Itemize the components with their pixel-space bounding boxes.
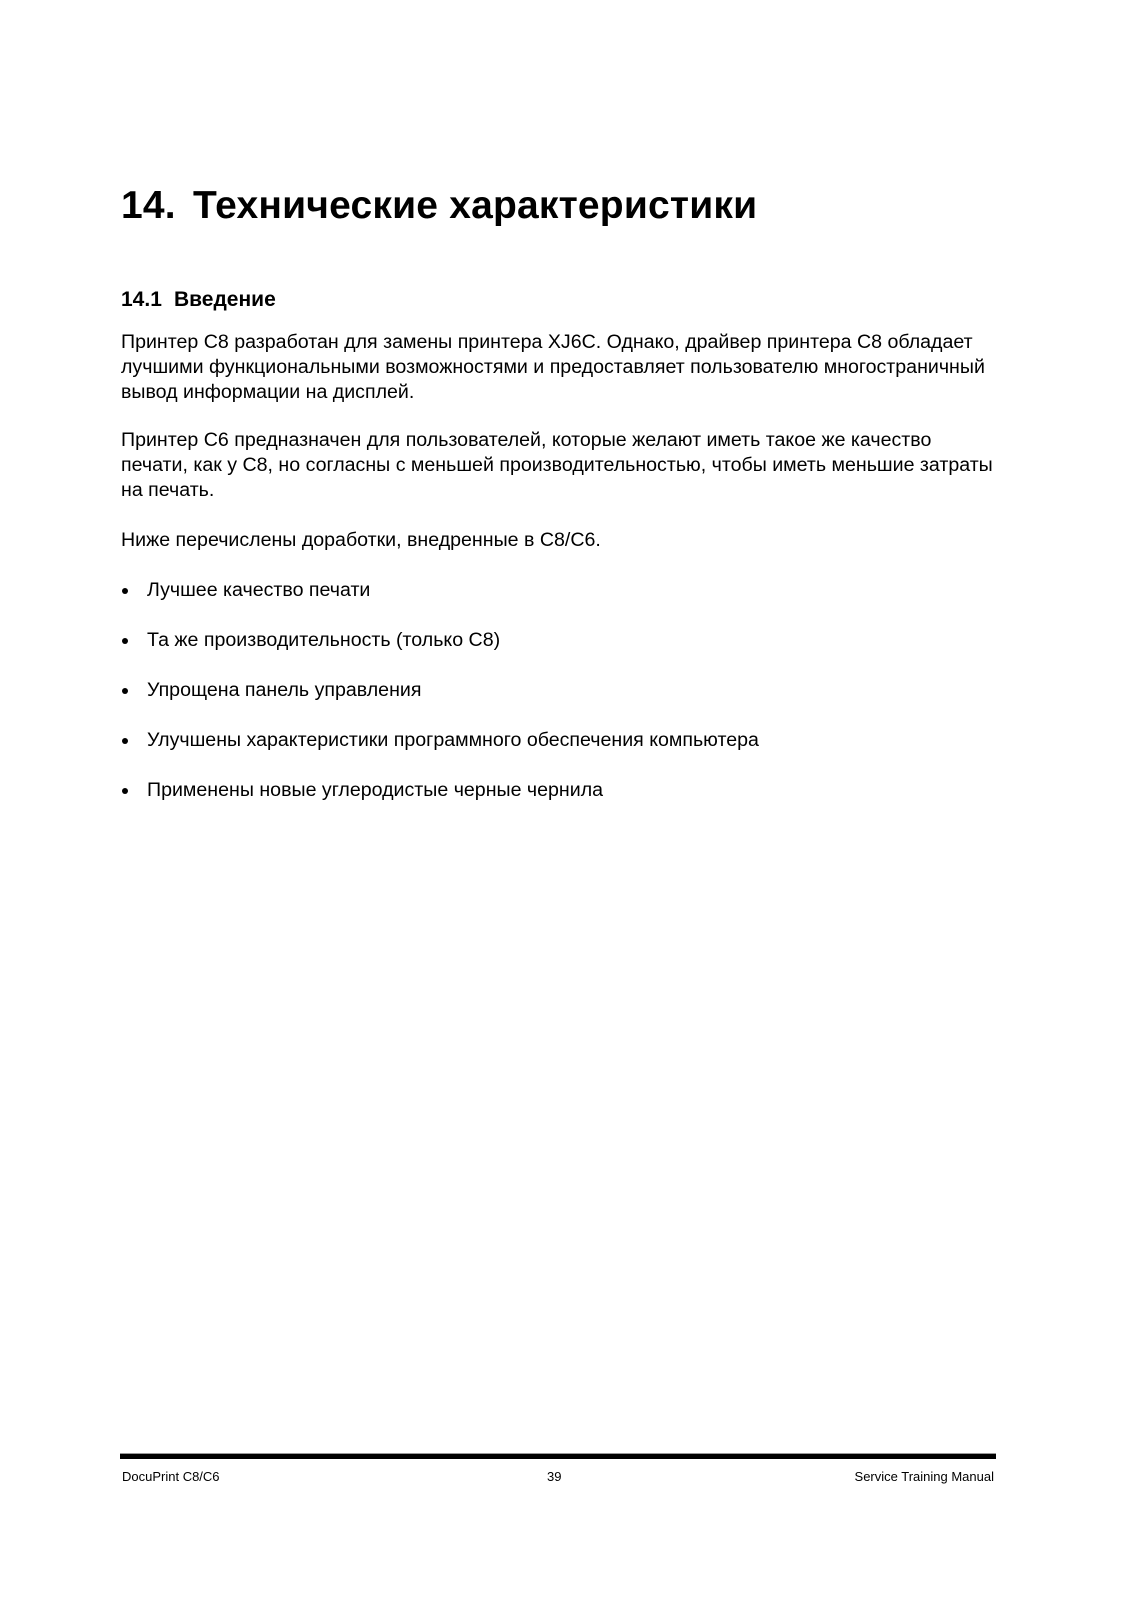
section-title-text: Введение xyxy=(174,288,276,311)
list-item: Применены новые углеродистые черные черн… xyxy=(121,778,759,803)
footer-product-name: DocuPrint C8/C6 xyxy=(122,1468,220,1486)
list-item: Упрощена панель управления xyxy=(121,678,759,703)
footer-manual-title: Service Training Manual xyxy=(855,1468,994,1486)
bullet-icon xyxy=(122,588,128,594)
page-footer: DocuPrint C8/C6 39 Service Training Manu… xyxy=(120,1468,996,1486)
bullet-icon xyxy=(122,788,128,794)
intro-paragraph-1: Принтер C8 разработан для замены принтер… xyxy=(121,330,1001,405)
chapter-title-text: Технические характеристики xyxy=(193,184,757,227)
document-page: 14.Технические характеристики 14.1Введен… xyxy=(0,0,1131,1600)
section-title: 14.1Введение xyxy=(121,287,276,313)
intro-paragraph-2: Принтер C6 предназначен для пользователе… xyxy=(121,428,1001,503)
page-number: 39 xyxy=(547,1468,561,1486)
list-item: Улучшены характеристики программного обе… xyxy=(121,728,759,753)
section-number: 14.1 xyxy=(121,287,174,313)
chapter-title: 14.Технические характеристики xyxy=(121,182,757,230)
improvements-list: Лучшее качество печати Та же производите… xyxy=(121,578,759,828)
bullet-icon xyxy=(122,638,128,644)
intro-paragraph-3: Ниже перечислены доработки, внедренные в… xyxy=(121,528,1001,553)
footer-divider xyxy=(120,1453,996,1459)
list-item: Та же производительность (только C8) xyxy=(121,628,759,653)
list-item: Лучшее качество печати xyxy=(121,578,759,603)
bullet-icon xyxy=(122,738,128,744)
chapter-number: 14. xyxy=(121,182,193,230)
bullet-icon xyxy=(122,688,128,694)
